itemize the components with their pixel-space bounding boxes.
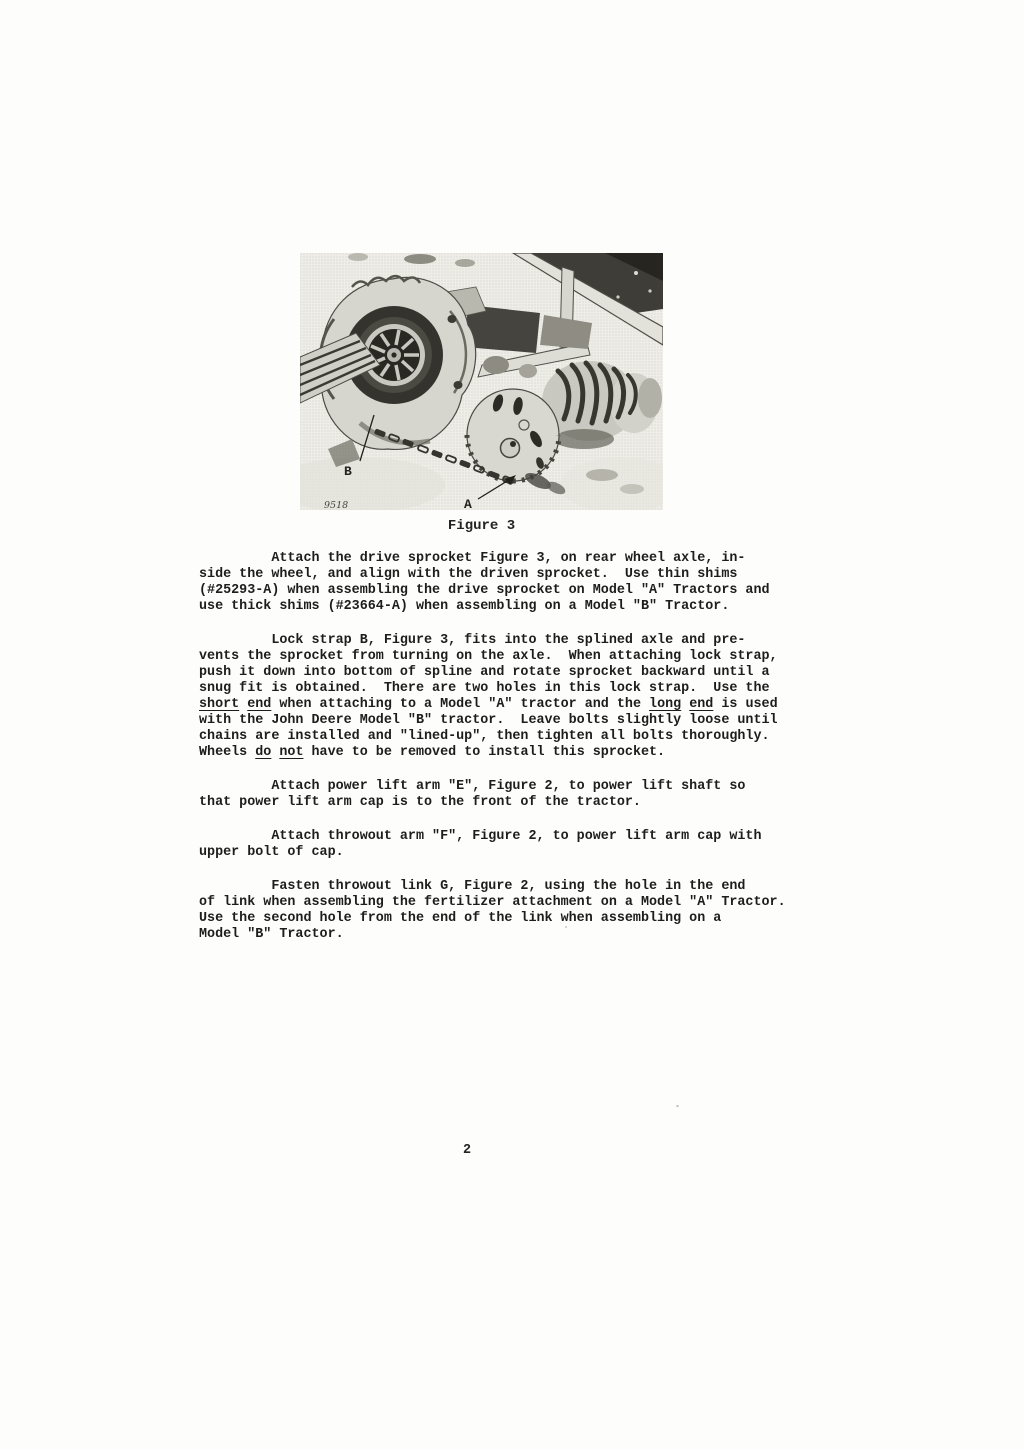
text-line: Attach throwout arm "F", Figure 2, to po… bbox=[199, 829, 799, 845]
page-number: 2 bbox=[459, 1143, 475, 1158]
paragraph: Fasten throwout link G, Figure 2, using … bbox=[199, 879, 799, 943]
text-line: side the wheel, and align with the drive… bbox=[199, 567, 799, 583]
text-line: Lock strap B, Figure 3, fits into the sp… bbox=[199, 633, 799, 649]
text-line: short end when attaching to a Model "A" … bbox=[199, 697, 799, 713]
text-line: push it down into bottom of spline and r… bbox=[199, 665, 799, 681]
text-line: Wheels do not have to be removed to inst… bbox=[199, 745, 799, 761]
text-line: Use the second hole from the end of the … bbox=[199, 911, 799, 927]
paragraph: Attach throwout arm "F", Figure 2, to po… bbox=[199, 829, 799, 861]
text-line: (#25293-A) when assembling the drive spr… bbox=[199, 583, 799, 599]
text-line: snug fit is obtained. There are two hole… bbox=[199, 681, 799, 697]
text-line: upper bolt of cap. bbox=[199, 845, 799, 861]
scan-speck bbox=[565, 926, 567, 928]
text-line: Fasten throwout link G, Figure 2, using … bbox=[199, 879, 799, 895]
scan-speck bbox=[676, 1105, 679, 1107]
text-line: Attach the drive sprocket Figure 3, on r… bbox=[199, 551, 799, 567]
text-line: that power lift arm cap is to the front … bbox=[199, 795, 799, 811]
tractor-axle-photo-illustration: B A 9518 bbox=[300, 253, 663, 510]
photo-id-number: 9518 bbox=[324, 500, 348, 510]
body-text: Attach the drive sprocket Figure 3, on r… bbox=[199, 551, 799, 943]
text-line: Attach power lift arm "E", Figure 2, to … bbox=[199, 779, 799, 795]
figure-label-a: A bbox=[464, 497, 472, 510]
figure-caption: Figure 3 bbox=[300, 518, 663, 534]
scanned-manual-page: B A 9518 Figure 3 Attach the drive sproc… bbox=[0, 0, 1024, 1449]
text-line: vents the sprocket from turning on the a… bbox=[199, 649, 799, 665]
paragraph: Lock strap B, Figure 3, fits into the sp… bbox=[199, 633, 799, 761]
figure-label-b: B bbox=[344, 464, 352, 479]
text-line: Model "B" Tractor. bbox=[199, 927, 799, 943]
text-line: use thick shims (#23664-A) when assembli… bbox=[199, 599, 799, 615]
text-line: chains are installed and "lined-up", the… bbox=[199, 729, 799, 745]
text-line: of link when assembling the fertilizer a… bbox=[199, 895, 799, 911]
text-line: with the John Deere Model "B" tractor. L… bbox=[199, 713, 799, 729]
figure-photo: B A 9518 bbox=[300, 253, 663, 510]
paragraph: Attach the drive sprocket Figure 3, on r… bbox=[199, 551, 799, 615]
paragraph: Attach power lift arm "E", Figure 2, to … bbox=[199, 779, 799, 811]
